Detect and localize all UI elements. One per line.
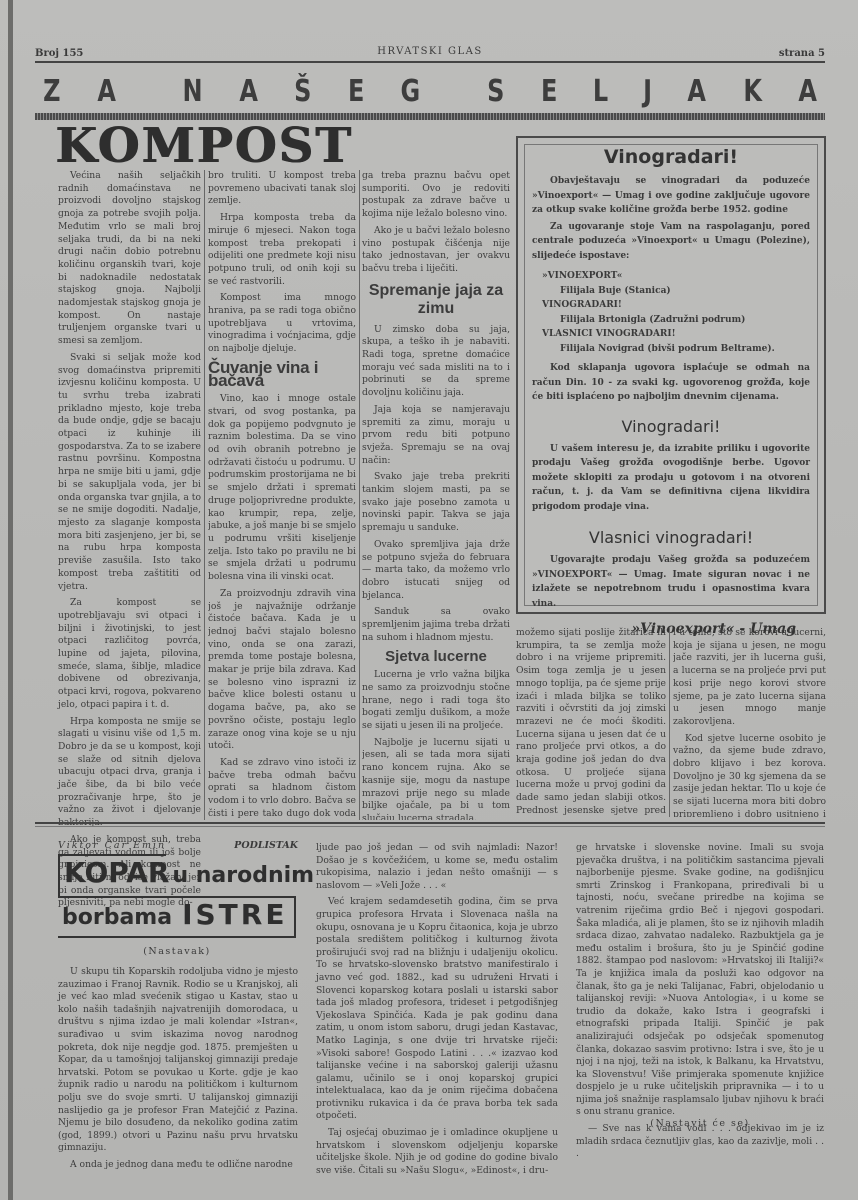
paragraph: Jaja koja se namjeravaju spremiti za zim… <box>362 404 510 468</box>
serial-column-2: ljude pao još jedan — od svih najmladi: … <box>316 842 558 1162</box>
paragraph: Svako jaje treba prekriti tankim slojem … <box>362 471 510 535</box>
column-divider <box>359 170 360 820</box>
paragraph: Vino, kao i mnoge ostale stvari, od svog… <box>208 393 356 584</box>
serial-continued-note: (Nastavak) <box>58 946 296 957</box>
folio-rule <box>35 61 825 63</box>
paragraph: Za proizvodnju zdravih vina još je najva… <box>208 588 356 753</box>
paragraph: Najbolje je lucernu sijati u jesen, ali … <box>362 737 510 820</box>
kompost-column-2: bro truliti. U kompost treba povremeno u… <box>208 170 356 820</box>
ad-branch-list: »VINOEXPORT« Filijala Buje (Stanica) VIN… <box>532 269 810 356</box>
paragraph: Sanduk sa ovako spremljenim jajima treba… <box>362 606 510 644</box>
section-rule <box>35 822 825 824</box>
ad-paragraph: Kod sklapanja ugovora isplaćuje se odmah… <box>532 361 810 405</box>
kompost-column-1: Većina naših seljačkih radnih domaćinsta… <box>58 170 201 820</box>
paragraph: i u tome, što se korovi u lucerni, koja … <box>673 627 826 729</box>
paragraph: bro truliti. U kompost treba povremeno u… <box>208 170 356 208</box>
paragraph: ljude pao još jedan — od svih najmladi: … <box>316 842 558 892</box>
section-rule-thin <box>35 826 825 827</box>
branch-detail: Filijala Novigrad (bivši podrum Beltrame… <box>532 342 810 357</box>
paragraph: ge hrvatske i slovenske novine. Imali su… <box>576 842 824 1119</box>
heading-sjetva-lucerne: Sjetva lucerne <box>362 651 510 664</box>
paragraph: Ovako spremljiva jaja drže se potpuno sv… <box>362 539 510 603</box>
ad-paragraph: Za ugovaranje stoje Vam na raspolaganju,… <box>532 220 810 264</box>
ad-paragraph: Ugovarajte prodaju Vašeg grožđa sa poduz… <box>532 553 810 611</box>
paragraph: U skupu tih Koparskih rodoljuba vidno je… <box>58 966 298 1155</box>
branch-detail: Filijala Brtonigla (Zadružni podrum) <box>532 313 810 328</box>
paragraph: Hrpa komposta treba da miruje 6 mjeseci.… <box>208 212 356 288</box>
serial-title-line-1: KOPARu narodnim <box>58 856 314 896</box>
serial-label: PODLISTAK <box>234 840 298 851</box>
paragraph: možemo sijati poslije žitarica ili krump… <box>516 627 666 817</box>
serial-byline: Viktor Car Emin PODLISTAK <box>58 840 298 852</box>
paragraph: Kad se zdravo vino istoči iz bačve treba… <box>208 757 356 820</box>
paragraph: Lucerna je vrlo važna biljka ne samo za … <box>362 669 510 733</box>
branch-detail: Filijala Buje (Stanica) <box>532 284 810 299</box>
ad-heading-vlasnici: Vlasnici vinogradari! <box>532 528 810 547</box>
serial-author: Viktor Car Emin <box>58 840 166 851</box>
serial-title-block: KOPARu narodnim borbamaISTRE <box>58 852 296 938</box>
branch-label: »VINOEXPORT« <box>532 269 810 284</box>
serial-title-line-2: borbamaISTRE <box>58 898 287 938</box>
column-divider <box>669 627 670 817</box>
paragraph: Hrpa komposta ne smije se slagati u visi… <box>58 716 201 830</box>
scan-edge <box>8 0 13 1200</box>
ad-paragraph: Obavještavaju se vinogradari da poduzeće… <box>532 174 810 218</box>
ad-content: Vinogradari! Obavještavaju se vinogradar… <box>532 144 810 637</box>
serial-column-1: U skupu tih Koparskih rodoljuba vidno je… <box>58 966 298 1166</box>
serial-column-3: ge hrvatske i slovenske novine. Imali su… <box>576 842 824 1142</box>
lucerne-column-c: i u tome, što se korovi u lucerni, koja … <box>673 627 826 817</box>
paragraph: ga treba praznu bačvu opet sumporiti. Ov… <box>362 170 510 221</box>
column-divider <box>204 170 205 820</box>
paragraph: Za kompost se upotrebljavaju svi otpaci … <box>58 597 201 711</box>
masthead: HRVATSKI GLAS <box>35 46 825 57</box>
paragraph: Već krajem sedamdesetih godina, čim se p… <box>316 896 558 1123</box>
paragraph: U zimsko doba su jaja, skupa, a teško ih… <box>362 324 510 400</box>
paragraph: Ako je u bačvi ležalo bolesno vino postu… <box>362 225 510 276</box>
paragraph: Većina naših seljačkih radnih domaćinsta… <box>58 170 201 348</box>
lucerne-column-b: možemo sijati poslije žitarica ili krump… <box>516 627 666 817</box>
branch-label: VINOGRADARI! <box>532 298 810 313</box>
ad-heading-vinogradari: Vinogradari! <box>532 146 810 168</box>
page-number: strana 5 <box>779 48 825 59</box>
paragraph: A onda je jednog dana među te odlične na… <box>58 1159 298 1172</box>
newspaper-page: Broj 155 HRVATSKI GLAS strana 5 Z A N A … <box>0 0 858 1200</box>
vinoexport-advertisement: Vinogradari! Obavještavaju se vinogradar… <box>516 136 826 614</box>
section-kicker: Z A N A Š E G S E L J A K A <box>35 74 825 114</box>
paragraph: Svaki si seljak može kod svog domaćinstv… <box>58 352 201 593</box>
branch-label: VLASNICI VINOGRADARI! <box>532 327 810 342</box>
paragraph: Kompost ima mnogo hraniva, pa se radi to… <box>208 292 356 356</box>
paragraph: Taj osjećaj obuzimao je i omladince okup… <box>316 1127 558 1177</box>
paragraph: Kod sjetve lucerne osobito je važno, da … <box>673 733 826 817</box>
column-3: ga treba praznu bačvu opet sumporiti. Ov… <box>362 170 510 820</box>
article-title-kompost: KOMPOST <box>55 120 310 172</box>
heading-cuvanje-vina: Čuvanje vina i bačava <box>208 362 356 387</box>
ad-heading-vinogradari-2: Vinogradari! <box>532 417 810 436</box>
to-be-continued-note: (Nastavit će se) <box>576 1118 824 1129</box>
ad-paragraph: U vašem interesu je, da izrabite priliku… <box>532 442 810 515</box>
heading-spremanje-jaja: Spremanje jaja za zimu <box>362 282 510 318</box>
